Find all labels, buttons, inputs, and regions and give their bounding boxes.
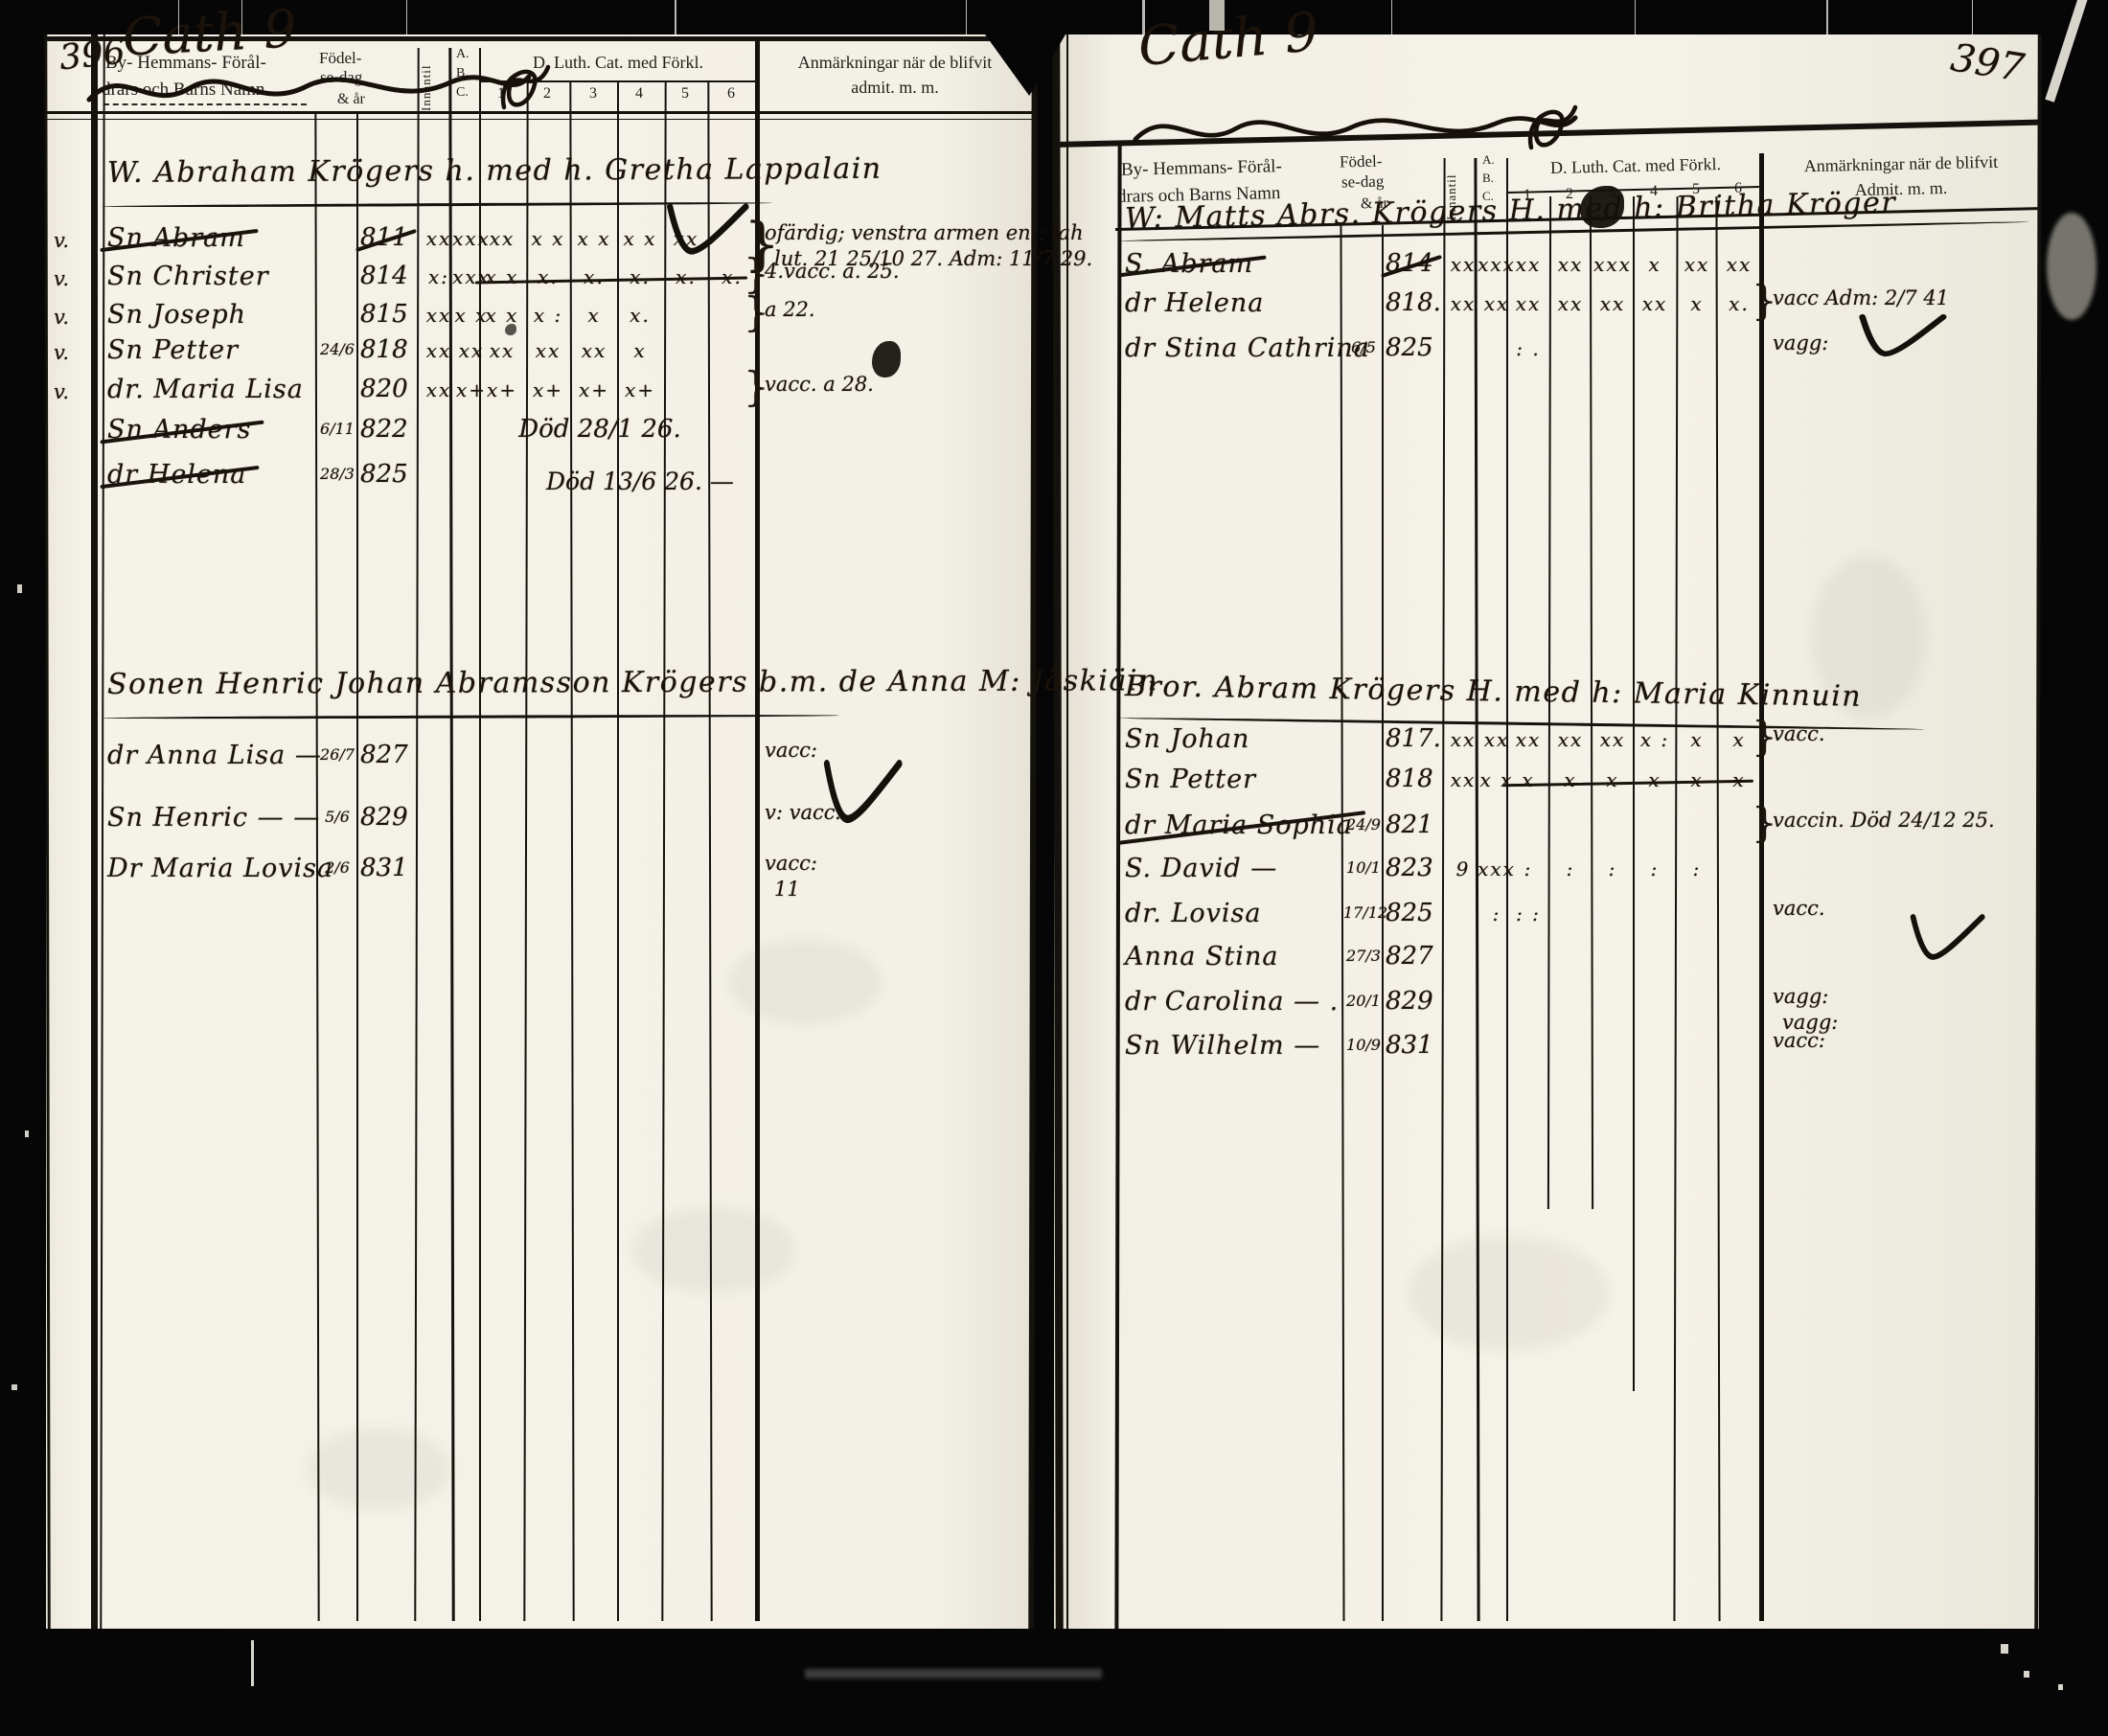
catechism-mark: x. — [573, 267, 615, 286]
catechism-mark: xx — [1508, 294, 1548, 313]
left-header-remarks-line2: admit. m. m. — [765, 79, 1025, 97]
catechism-mark: x x — [573, 229, 615, 248]
catechism-column-number: 4 — [619, 86, 661, 103]
film-streak — [805, 1669, 1102, 1679]
member-margin-mark: v. — [54, 382, 69, 402]
member-birth-day: 26/7 — [317, 747, 357, 763]
catechism-mark: x+ — [481, 380, 523, 400]
catechism-mark: xxx — [1592, 255, 1633, 274]
remark-note: ofärdig; venstra armen ent: lah — [765, 223, 1084, 243]
member-birth-year: 825 — [1386, 901, 1433, 925]
catechism-mark: xx — [481, 341, 523, 360]
member-birth-year: 827 — [360, 742, 408, 767]
member-margin-mark: v. — [54, 231, 69, 251]
member-birth-year: 820 — [360, 377, 408, 401]
catechism-mark: x+ — [573, 380, 615, 400]
catechism-column-number: 6 — [711, 86, 753, 103]
member-birth-day: 20/1 — [1343, 994, 1384, 1009]
member-name: Sn Anders — [107, 417, 251, 443]
member-name: Sn Petter — [107, 337, 239, 363]
film-scratch — [1391, 0, 1392, 34]
member-birth-year: 821 — [1386, 812, 1433, 837]
film-blotch — [2047, 213, 2097, 320]
handwritten-overlay-scribble — [1131, 102, 1581, 157]
member-birth-day: 17/12 — [1343, 905, 1384, 921]
member-birth-year: 831 — [360, 856, 408, 880]
film-scratch — [1826, 0, 1828, 34]
right-folio-number: 397 — [1948, 38, 2027, 87]
catechism-mark: xx — [1592, 294, 1633, 313]
catechism-mark: xx — [1635, 294, 1675, 313]
member-birth-year: 831 — [1386, 1033, 1433, 1058]
member-birth-day: 6/5 — [1343, 340, 1384, 355]
member-birth-year: 825 — [1386, 335, 1433, 360]
member-name: Sn Joseph — [107, 302, 246, 328]
catechism-mark: : . — [1508, 339, 1548, 358]
remark-note: vacc. a 28. — [765, 375, 874, 395]
film-scratch — [1209, 0, 1225, 31]
film-scratch — [675, 0, 676, 34]
catechism-mark: xx — [1508, 730, 1548, 749]
ink-blot — [505, 324, 516, 335]
member-birth-day: 5/6 — [317, 810, 357, 825]
catechism-mark: x — [1635, 770, 1675, 789]
member-name: dr Stina Cathrina — [1125, 335, 1370, 361]
paper-smudge — [1409, 1236, 1610, 1351]
right-header-birth-line2: se-dag — [1341, 172, 1385, 191]
checkmark-flourish — [820, 757, 903, 826]
remark-note: vacc Adm: 2/7 41 — [1773, 288, 1949, 308]
film-speck — [2024, 1671, 2029, 1678]
member-birth-day: 24/6 — [317, 342, 357, 357]
member-name: S. David — — [1125, 856, 1277, 881]
member-birth-year: 817. — [1386, 726, 1441, 751]
member-name: dr Carolina — . — [1125, 989, 1339, 1015]
film-scratch — [1142, 0, 1145, 34]
member-name: Sn Christer — [107, 263, 269, 289]
left-header-remarks-line1: Anmärkningar när de blifvit — [765, 54, 1025, 72]
catechism-mark: x. — [619, 306, 661, 325]
member-birth-year: 818 — [1386, 766, 1433, 791]
member-name: Anna Stina — [1125, 944, 1278, 970]
remark-note: a 22. — [765, 300, 815, 320]
member-name: Sn Wilhelm — — [1125, 1033, 1320, 1059]
remark-note: vacc. — [1773, 724, 1825, 744]
member-name: dr. Lovisa — [1125, 901, 1261, 926]
member-birth-day: 10/9 — [1343, 1038, 1384, 1053]
right-header-abc-b: B. — [1482, 171, 1494, 185]
catechism-mark: : : — [1508, 904, 1548, 924]
right-header-name-line1: By- Hemmans- Förål- — [1121, 157, 1282, 180]
member-birth-year: 829 — [360, 805, 408, 830]
family-heading: W. Abraham Krögers h. med h. Gretha Lapp… — [107, 155, 882, 188]
member-birth-year: 814 — [360, 263, 408, 288]
member-birth-day: 27/3 — [1343, 948, 1384, 964]
film-speck — [11, 1384, 17, 1390]
family-heading: Sonen Henric Johan Abramsson Krögers b.m… — [107, 667, 1158, 699]
handwritten-mark-scribble — [491, 57, 558, 119]
catechism-column-number: 5 — [665, 86, 707, 103]
member-birth-year: 815 — [360, 302, 408, 327]
catechism-mark: xx — [1592, 730, 1633, 749]
member-birth-year: 823 — [1386, 856, 1433, 880]
table-column-rule — [91, 34, 98, 1629]
member-birth-day: 6/11 — [317, 422, 357, 437]
catechism-mark: : — [1508, 859, 1548, 879]
catechism-mark: xx — [1719, 255, 1759, 274]
member-margin-mark: v. — [54, 308, 69, 328]
catechism-mark: x x — [619, 229, 661, 248]
film-scratch — [241, 0, 242, 34]
film-speck — [17, 584, 22, 593]
film-scratch — [1972, 0, 1973, 34]
member-name: dr Anna Lisa — — [107, 742, 322, 768]
member-birth-day: 28/3 — [317, 467, 357, 482]
paper-smudge — [307, 1428, 450, 1510]
death-note-across: Död 28/1 26. — [456, 417, 744, 442]
table-column-rule — [1633, 196, 1635, 1391]
catechism-mark: x — [1677, 730, 1717, 749]
catechism-mark: x — [619, 341, 661, 360]
table-header-rule — [46, 119, 1033, 120]
member-name: Sn Petter — [1125, 766, 1256, 792]
catechism-mark: x x — [481, 306, 523, 325]
catechism-mark: xx — [1677, 255, 1717, 274]
floating-death-note: Död 13/6 26. — — [546, 469, 734, 493]
member-name: dr Maria Sophia — [1125, 812, 1353, 838]
member-name: dr. Maria Lisa — [107, 377, 304, 402]
catechism-mark: xx — [573, 341, 615, 360]
member-name: Dr Maria Lovisa — [107, 856, 333, 881]
catechism-mark: : — [1677, 859, 1717, 879]
paper-smudge — [728, 939, 882, 1025]
member-birth-year: 825 — [360, 462, 408, 487]
member-margin-mark: v. — [54, 343, 69, 363]
catechism-mark: xx — [1550, 255, 1591, 274]
catechism-mark: x. — [527, 267, 569, 286]
film-scratch — [2045, 0, 2088, 103]
catechism-mark: x. — [619, 267, 661, 286]
member-name: dr Helena — [1125, 290, 1264, 316]
catechism-mark: x — [1592, 770, 1633, 789]
table-column-rule — [1382, 225, 1384, 1621]
remark-note: vagg: — [1773, 333, 1828, 354]
member-birth-day: 10/1 — [1343, 860, 1384, 876]
table-column-rule — [1066, 34, 1068, 1629]
table-column-rule — [1506, 158, 1508, 1621]
catechism-mark: x — [1550, 770, 1591, 789]
member-name: Sn Johan — [1125, 726, 1249, 752]
catechism-mark: x x — [527, 229, 569, 248]
left-district-heading: Cath 9 — [122, 3, 298, 63]
table-header-rule — [46, 36, 1033, 41]
catechism-mark: xx — [481, 229, 523, 248]
right-district-heading: Cath 9 — [1136, 6, 1320, 75]
checkmark-flourish — [1907, 912, 1985, 962]
film-scratch — [406, 0, 407, 34]
member-birth-year: 822 — [360, 417, 408, 442]
member-birth-day: 24/9 — [1343, 817, 1384, 833]
member-name: dr Helena — [107, 462, 246, 488]
member-name: Sn Henric — — — [107, 805, 320, 831]
catechism-mark: x — [1677, 294, 1717, 313]
member-birth-year: 818. — [1386, 290, 1441, 315]
catechism-column-number: 3 — [573, 86, 615, 103]
member-birth-year: 818 — [360, 337, 408, 362]
member-name: Sn Abram — [107, 225, 245, 251]
table-column-rule — [1759, 153, 1764, 1621]
handwritten-overlay-scribble — [84, 59, 535, 119]
catechism-mark: xx — [527, 341, 569, 360]
film-scratch — [1635, 0, 1636, 34]
member-margin-mark: v. — [54, 269, 69, 289]
catechism-mark: xx — [1550, 294, 1591, 313]
checkmark-flourish — [1855, 312, 1947, 358]
paper-smudge — [632, 1207, 795, 1293]
catechism-mark: : — [1635, 859, 1675, 879]
checkmark-flourish — [663, 201, 749, 257]
catechism-mark: x+ — [619, 380, 661, 400]
remark-note: vacc. — [1773, 899, 1825, 919]
catechism-mark: x : — [1635, 730, 1675, 749]
film-speck — [2058, 1684, 2063, 1690]
catechism-mark: xx — [1550, 730, 1591, 749]
film-scratch — [966, 0, 967, 34]
handwritten-mark-scribble — [1518, 98, 1585, 159]
film-speck — [25, 1131, 29, 1137]
member-birth-day: 2/6 — [317, 860, 357, 876]
catechism-mark: x : — [527, 306, 569, 325]
catechism-mark: x — [1635, 255, 1675, 274]
remark-note: 11 — [774, 879, 800, 900]
catechism-mark: : — [1592, 859, 1633, 879]
catechism-mark: : — [1550, 859, 1591, 879]
remark-note: 4.vacc. a. 25. — [765, 262, 900, 282]
film-speck — [251, 1640, 254, 1686]
member-birth-year: 827 — [1386, 944, 1433, 969]
remark-note: vacc: — [765, 854, 817, 874]
remark-note: vagg: — [1773, 987, 1828, 1007]
film-speck — [2001, 1644, 2008, 1654]
catechism-mark: x — [573, 306, 615, 325]
film-scratch — [178, 0, 179, 34]
remark-note: vacc: — [1773, 1031, 1825, 1051]
remark-note: vacc: — [765, 741, 817, 761]
catechism-mark: xx — [1508, 255, 1548, 274]
scanned-register-spread: By- Hemmans- Förål- drars och Barns Namn… — [0, 0, 2108, 1736]
member-name: S. Abram — [1125, 251, 1253, 277]
catechism-mark: x+ — [527, 380, 569, 400]
member-birth-year: 829 — [1386, 989, 1433, 1014]
paper-smudge — [1811, 556, 1926, 719]
remark-note: vaccin. Död 24/12 25. — [1773, 811, 1995, 831]
